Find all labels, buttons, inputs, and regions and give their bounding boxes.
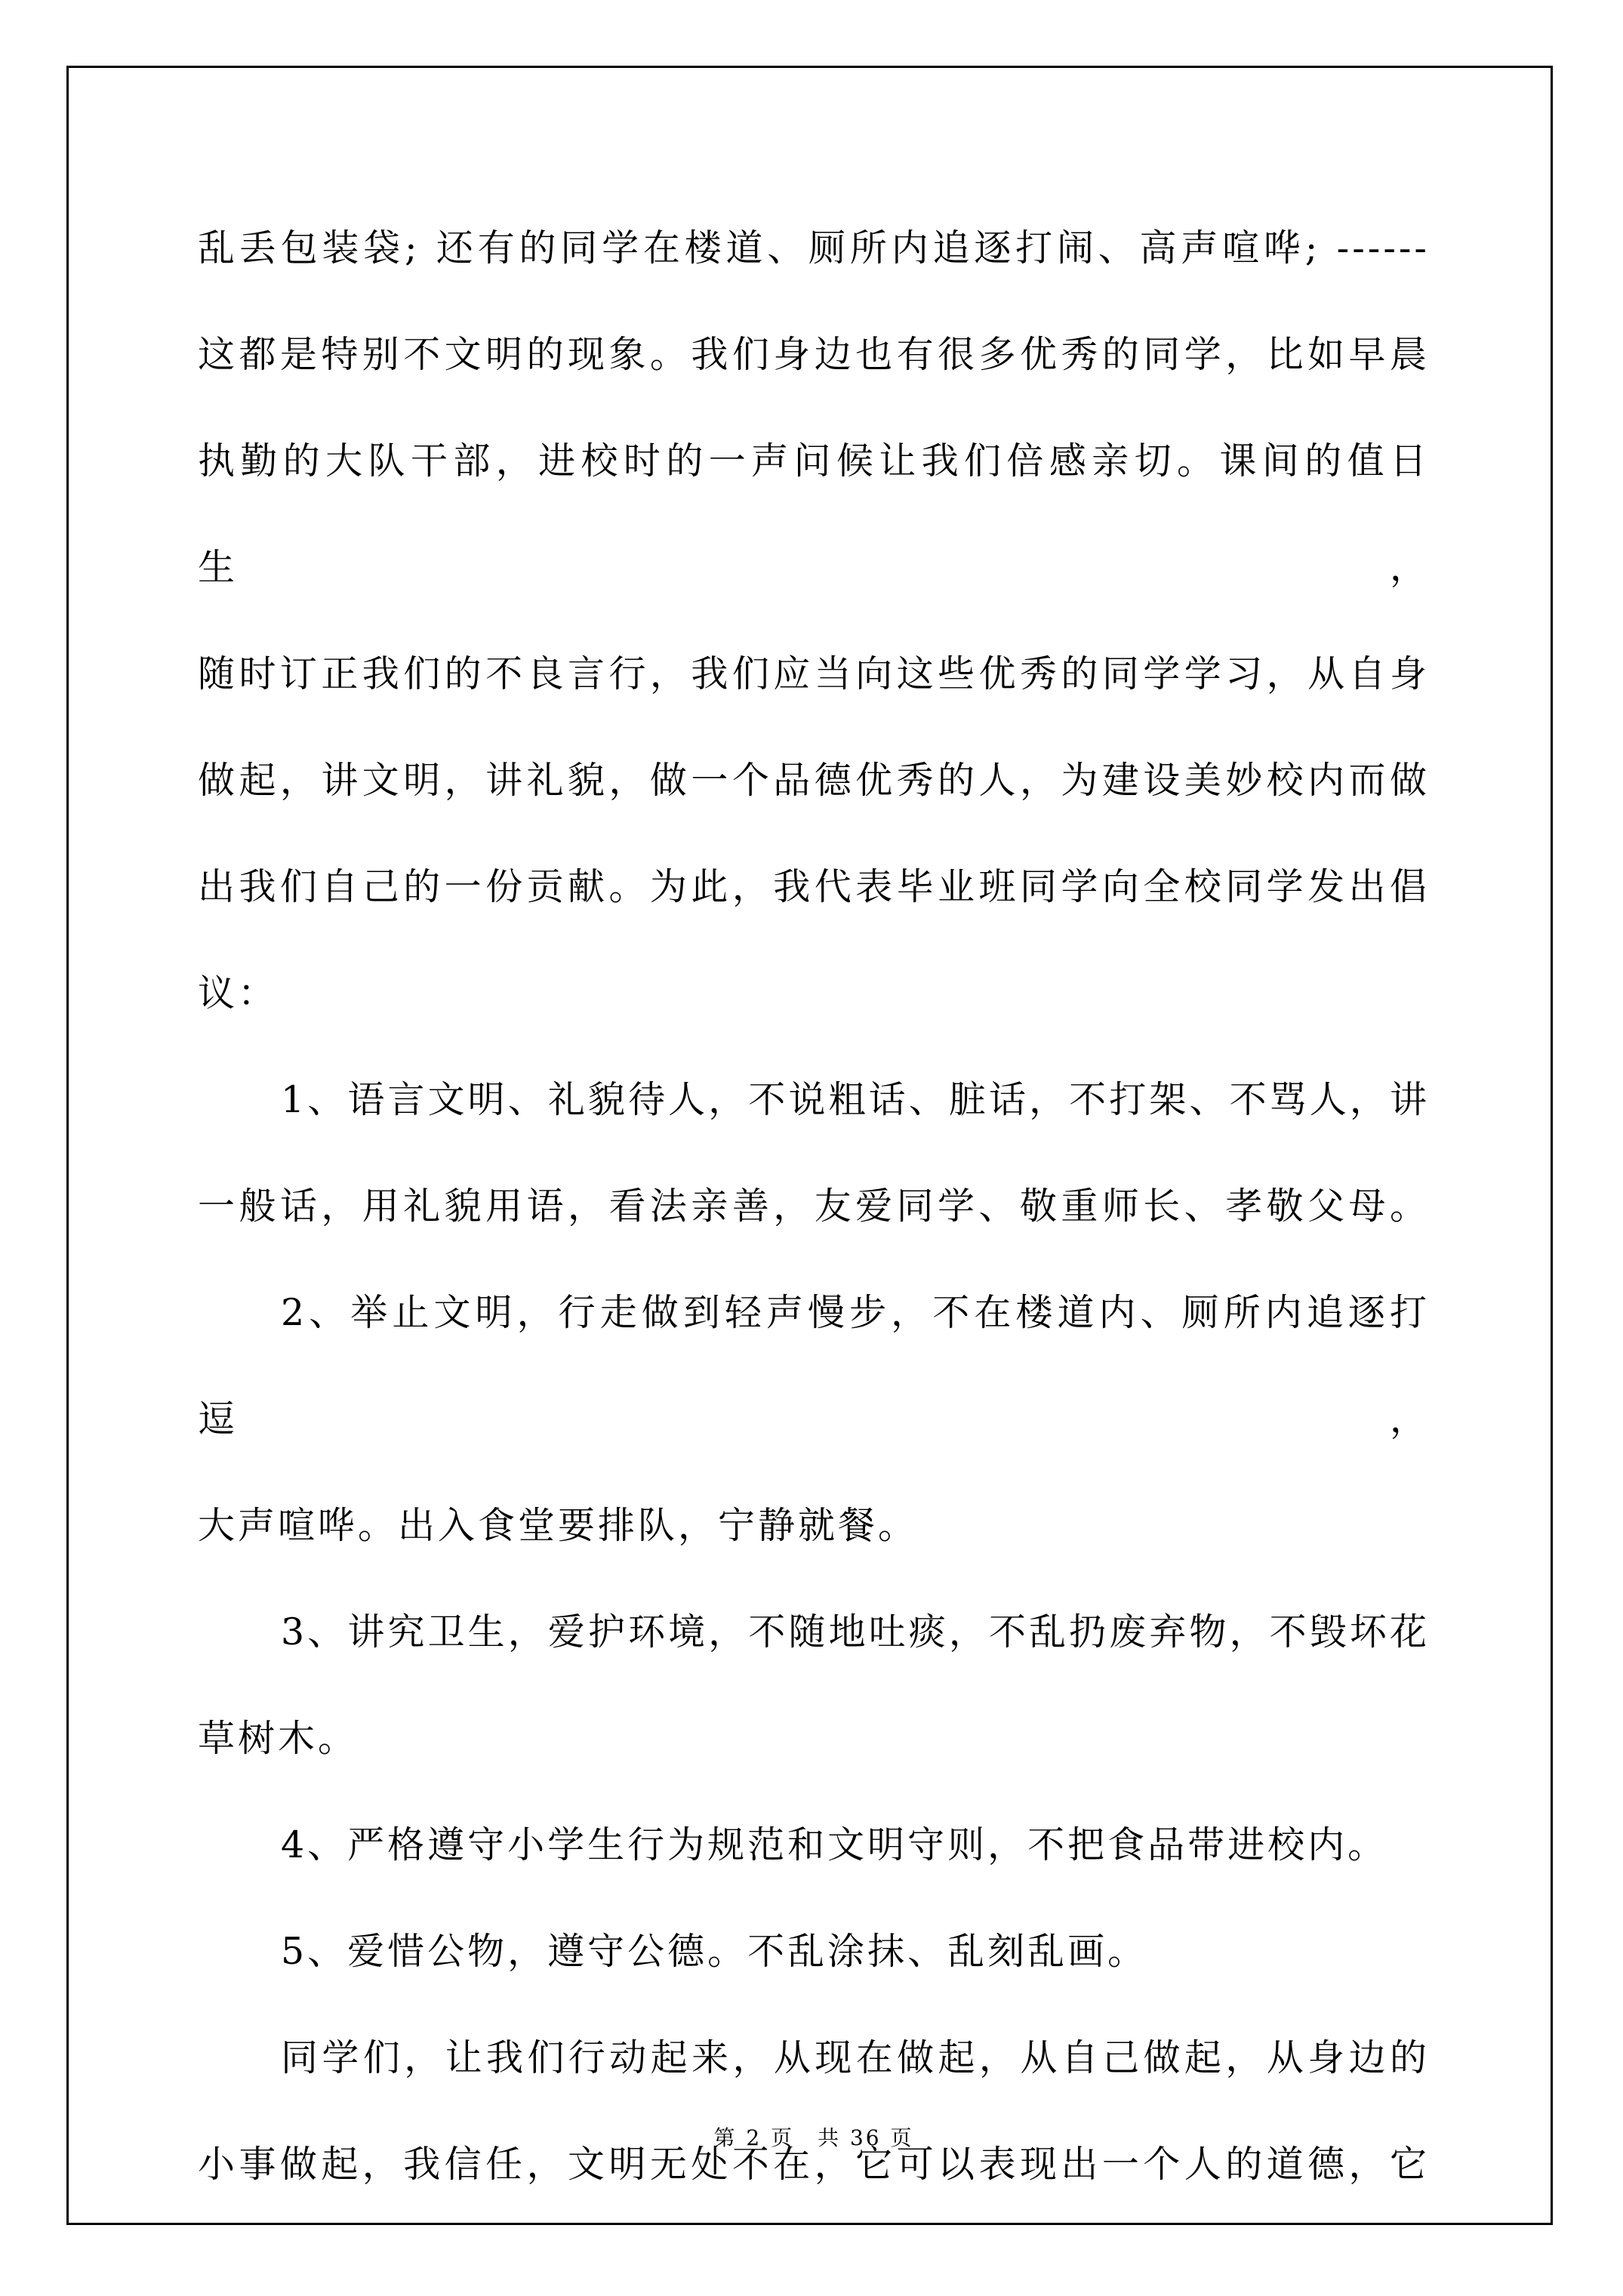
page-footer: 第 2 页 共 36 页 [198, 2123, 1430, 2153]
text-line: 草树木。 [198, 1685, 1430, 1792]
text-line: 乱丢包装袋; 还有的同学在楼道、厕所内追逐打闹、高声喧哗; ------ [198, 195, 1430, 301]
text-line: 议： [198, 940, 1430, 1046]
text-line: 同学们，让我们行动起来，从现在做起，从自己做起，从身边的 [198, 2005, 1430, 2111]
text-line: 2、举止文明，行走做到轻声慢步，不在楼道内、厕所内追逐打逗， [198, 1259, 1430, 1472]
text-line: 一般话，用礼貌用语，看法亲善，友爱同学、敬重师长、孝敬父母。 [198, 1153, 1430, 1259]
text-line: 4、严格遵守小学生行为规范和文明守则，不把食品带进校内。 [198, 1792, 1430, 1898]
page-number-text: 第 2 页 共 36 页 [713, 2125, 913, 2150]
text-line: 做起，讲文明，讲礼貌，做一个品德优秀的人，为建设美妙校内而做 [198, 727, 1430, 834]
text-line: 随时订正我们的不良言行，我们应当向这些优秀的同学学习，从自身 [198, 621, 1430, 727]
text-line: 大声喧哗。出入食堂要排队，宁静就餐。 [198, 1472, 1430, 1579]
text-line: 执勤的大队干部，进校时的一声问候让我们倍感亲切。课间的值日生， [198, 408, 1430, 621]
text-line: 5、爱惜公物，遵守公德。不乱涂抹、乱刻乱画。 [198, 1898, 1430, 2005]
text-line: 出我们自己的一份贡献。为此，我代表毕业班同学向全校同学发出倡 [198, 834, 1430, 940]
text-line: 3、讲究卫生，爱护环境，不随地吐痰，不乱扔废弃物，不毁坏花 [198, 1579, 1430, 1685]
text-line: 这都是特别不文明的现象。我们身边也有很多优秀的同学，比如早晨 [198, 301, 1430, 408]
document-body: 乱丢包装袋; 还有的同学在楼道、厕所内追逐打闹、高声喧哗; ------这都是特… [198, 195, 1430, 2217]
text-line: 1、语言文明、礼貌待人，不说粗话、脏话，不打架、不骂人，讲 [198, 1046, 1430, 1153]
